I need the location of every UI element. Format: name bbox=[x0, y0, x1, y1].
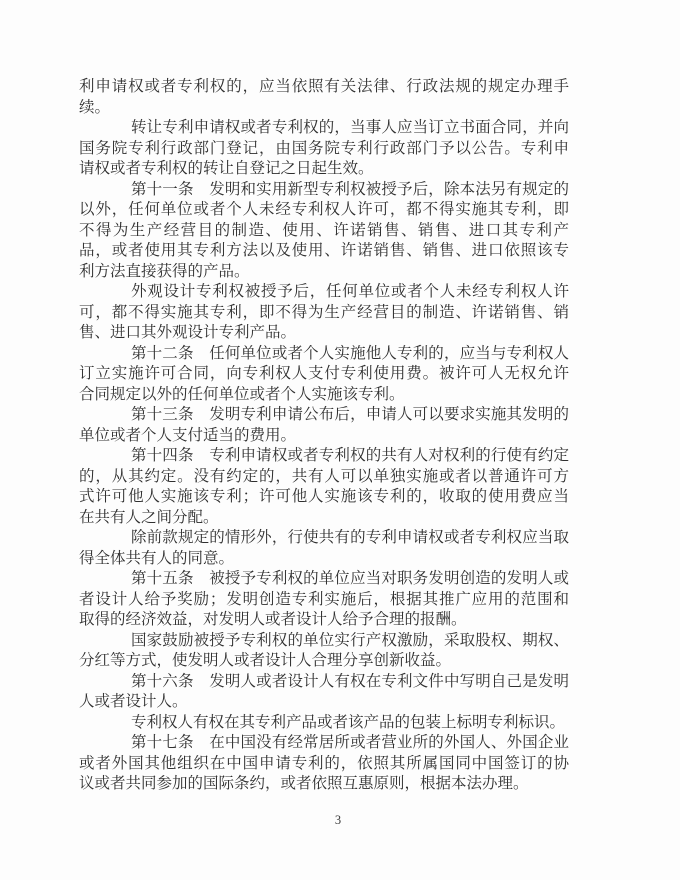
text-line: 专利权人有权在其专利产品或者该产品的包装上标明专利标识。 bbox=[79, 713, 569, 734]
text-line: 取得的经济效益，对发明人或者设计人给予合理的报酬。 bbox=[79, 610, 569, 631]
text-line: 式许可他人实施该专利；许可他人实施该专利的，收取的使用费应当 bbox=[79, 487, 569, 508]
text-line: 第十二条 任何单位或者个人实施他人专利的，应当与专利权人 bbox=[79, 344, 569, 365]
text-line: 以外，任何单位或者个人未经专利权人许可，都不得实施其专利，即 bbox=[79, 200, 569, 221]
text-line: 转让专利申请权或者专利权的，当事人应当订立书面合同，并向 bbox=[79, 118, 569, 139]
text-line: 外观设计专利权被授予后，任何单位或者个人未经专利权人许 bbox=[79, 282, 569, 303]
text-line: 国家鼓励被授予专利权的单位实行产权激励，采取股权、期权、 bbox=[79, 631, 569, 652]
page-number: 3 bbox=[0, 812, 676, 828]
text-line: 订立实施许可合同，向专利权人支付专利使用费。被许可人无权允许 bbox=[79, 364, 569, 385]
text-line: 除前款规定的情形外，行使共有的专利申请权或者专利权应当取 bbox=[79, 528, 569, 549]
text-line: 不得为生产经营目的制造、使用、许诺销售、销售、进口其专利产 bbox=[79, 221, 569, 242]
text-line: 第十七条 在中国没有经常居所或者营业所的外国人、外国企业 bbox=[79, 733, 569, 754]
text-line: 得全体共有人的同意。 bbox=[79, 549, 569, 570]
text-block: 利申请权或者专利权的，应当依照有关法律、行政法规的规定办理手续。转让专利申请权或… bbox=[79, 77, 569, 795]
text-line: 的，从其约定。没有约定的，共有人可以单独实施或者以普通许可方 bbox=[79, 467, 569, 488]
text-line: 分红等方式，使发明人或者设计人合理分享创新收益。 bbox=[79, 651, 569, 672]
text-line: 者设计人给予奖励；发明创造专利实施后，根据其推广应用的范围和 bbox=[79, 590, 569, 611]
text-line: 第十五条 被授予专利权的单位应当对职务发明创造的发明人或 bbox=[79, 569, 569, 590]
text-line: 合同规定以外的任何单位或者个人实施该专利。 bbox=[79, 385, 569, 406]
text-line: 第十三条 发明专利申请公布后，申请人可以要求实施其发明的 bbox=[79, 405, 569, 426]
text-line: 可，都不得实施其专利，即不得为生产经营目的制造、许诺销售、销 bbox=[79, 303, 569, 324]
text-line: 第十一条 发明和实用新型专利权被授予后，除本法另有规定的 bbox=[79, 180, 569, 201]
text-line: 请权或者专利权的转让自登记之日起生效。 bbox=[79, 159, 569, 180]
text-line: 利申请权或者专利权的，应当依照有关法律、行政法规的规定办理手 bbox=[79, 77, 569, 98]
text-line: 国务院专利行政部门登记，由国务院专利行政部门予以公告。专利申 bbox=[79, 139, 569, 160]
text-line: 利方法直接获得的产品。 bbox=[79, 262, 569, 283]
text-line: 在共有人之间分配。 bbox=[79, 508, 569, 529]
text-line: 单位或者个人支付适当的费用。 bbox=[79, 426, 569, 447]
text-line: 议或者共同参加的国际条约，或者依照互惠原则，根据本法办理。 bbox=[79, 774, 569, 795]
document-page: 利申请权或者专利权的，应当依照有关法律、行政法规的规定办理手续。转让专利申请权或… bbox=[0, 0, 680, 880]
text-line: 续。 bbox=[79, 98, 569, 119]
text-line: 第十六条 发明人或者设计人有权在专利文件中写明自己是发明 bbox=[79, 672, 569, 693]
text-line: 售、进口其外观设计专利产品。 bbox=[79, 323, 569, 344]
text-line: 第十四条 专利申请权或者专利权的共有人对权利的行使有约定 bbox=[79, 446, 569, 467]
text-line: 人或者设计人。 bbox=[79, 692, 569, 713]
text-line: 或者外国其他组织在中国申请专利的，依照其所属国同中国签订的协 bbox=[79, 754, 569, 775]
text-line: 品，或者使用其专利方法以及使用、许诺销售、销售、进口依照该专 bbox=[79, 241, 569, 262]
